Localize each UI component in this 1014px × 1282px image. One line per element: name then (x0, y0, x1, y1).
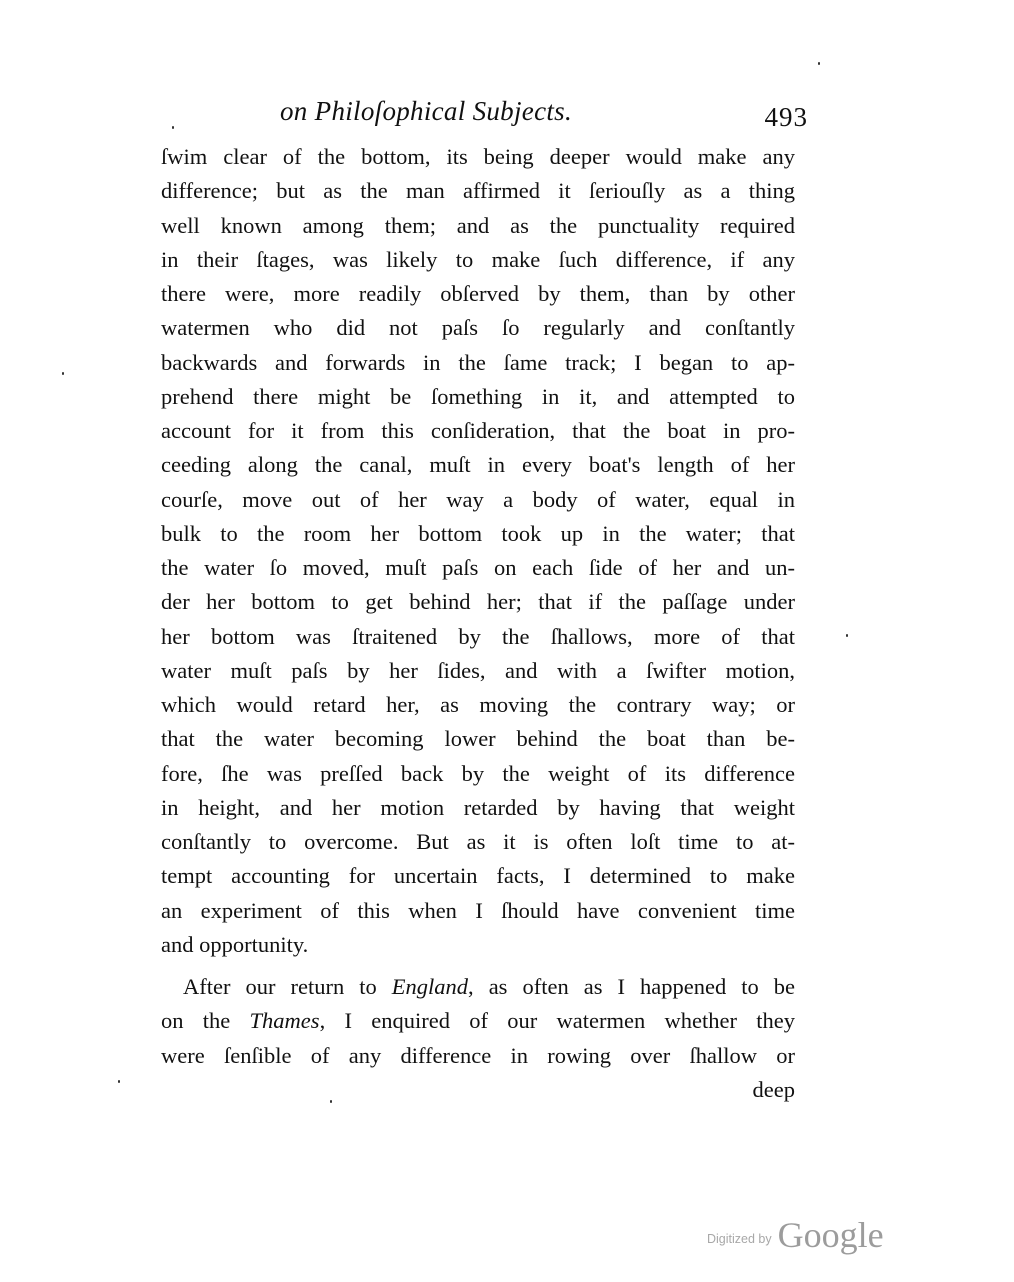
text-line: ceeding along the canal, muſt in every b… (161, 448, 795, 482)
running-title: on Philoſophical Subjects. (280, 96, 572, 127)
place-name-england: England (392, 974, 468, 999)
text-line: bulk to the room her bottom took up in t… (161, 517, 795, 551)
text-line: an experiment of this when I ſhould have… (161, 894, 795, 928)
text-line: were ſenſible of any difference in rowin… (161, 1039, 795, 1073)
text-line: der her bottom to get behind her; that i… (161, 585, 795, 619)
text-line: well known among them; and as the punctu… (161, 209, 795, 243)
text-line: difference; but as the man affirmed it ſ… (161, 174, 795, 208)
text-line: on the Thames, I enquired of our waterme… (161, 1004, 795, 1038)
text-line: water muſt paſs by her ſides, and with a… (161, 654, 795, 688)
text-line: conſtantly to overcome. But as it is oft… (161, 825, 795, 859)
body-text: ſwim clear of the bottom, its being deep… (161, 140, 795, 1107)
text-run: After our return to (183, 974, 392, 999)
text-line: the water ſo moved, muſt paſs on each ſi… (161, 551, 795, 585)
book-page: on Philoſophical Subjects. 493 ſwim clea… (0, 0, 1014, 1282)
scan-speck (846, 634, 848, 637)
place-name-thames: Thames (250, 1008, 320, 1033)
text-line: fore, ſhe was preſſed back by the weight… (161, 757, 795, 791)
text-line: After our return to England, as often as… (161, 970, 795, 1004)
paragraph-gap (161, 962, 795, 970)
text-line: which would retard her, as moving the co… (161, 688, 795, 722)
google-logo-text: Google (778, 1215, 884, 1255)
scan-speck (818, 62, 820, 65)
page-number: 493 (765, 102, 809, 133)
text-run: on the (161, 1008, 250, 1033)
running-head: on Philoſophical Subjects. 493 (160, 96, 800, 136)
text-line: ſwim clear of the bottom, its being deep… (161, 140, 795, 174)
text-line: there were, more readily obſerved by the… (161, 277, 795, 311)
text-line: backwards and forwards in the ſame track… (161, 346, 795, 380)
text-line: account for it from this conſideration, … (161, 414, 795, 448)
scan-speck (62, 372, 64, 375)
scan-speck (172, 126, 174, 129)
paragraph-2: After our return to England, as often as… (161, 970, 795, 1107)
watermark-prefix: Digitized by (707, 1232, 772, 1246)
text-line: tempt accounting for uncertain facts, I … (161, 859, 795, 893)
scan-speck (118, 1080, 120, 1083)
digitized-by-google-watermark: Digitized by Google (707, 1214, 884, 1256)
text-line: courſe, move out of her way a body of wa… (161, 483, 795, 517)
text-line: her bottom was ſtraitened by the ſhallow… (161, 620, 795, 654)
text-line: in their ſtages, was likely to make ſuch… (161, 243, 795, 277)
text-run: , as often as I happened to be (468, 974, 795, 999)
text-line: prehend there might be ſomething in it, … (161, 380, 795, 414)
scan-speck (330, 1100, 332, 1103)
catchword: deep (161, 1073, 795, 1107)
text-run: , I enquired of our watermen whether the… (320, 1008, 795, 1033)
text-line: in height, and her motion retarded by ha… (161, 791, 795, 825)
text-line: that the water becoming lower behind the… (161, 722, 795, 756)
text-line: watermen who did not paſs ſo regularly a… (161, 311, 795, 345)
text-line: and opportunity. (161, 928, 795, 962)
paragraph-1: ſwim clear of the bottom, its being deep… (161, 140, 795, 962)
